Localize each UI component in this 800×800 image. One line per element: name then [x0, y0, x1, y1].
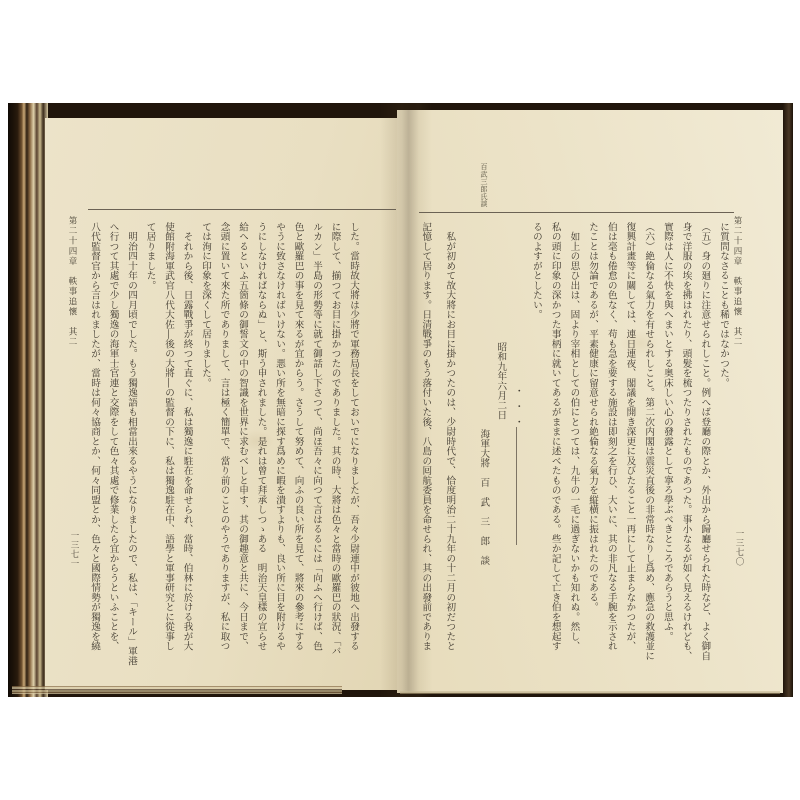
text-column: 身で洋服の埃を拂はれたり、頭髪を梳つたりされたものであつた。事小なるが如く見える…	[676, 222, 695, 668]
text-column: 明治四十年の四月頃でした。もう獨逸語も相當出來るやうになりましたので、私は、「キ…	[122, 222, 141, 668]
date-column: 昭和九年六月二日	[492, 222, 509, 668]
text-column: やうに致さなければいけない。悪い所を無暗に探す爲めに暇を潰すよりも、良い所に目を…	[270, 222, 289, 668]
text-column: て居りました。	[140, 222, 159, 668]
left-page-body: した。當時故大將は少將で軍務局長をしておいでになりましたが、吾々少尉連中が彼地へ…	[85, 222, 363, 668]
catch-title: 百武三郎氏談	[479, 163, 489, 207]
text-column: るのよすがとしたい。	[526, 222, 545, 668]
text-column: へ行つて其處で少し獨逸の海軍士官連と交際をして色々其處で修業したら宜からうといふ…	[103, 222, 122, 668]
chapter-header-right: 第二十四章 軼事追懷 其二	[731, 216, 743, 347]
header-rule-right	[419, 212, 734, 213]
text-column: 念頭に置いて來た所でありまして、言は極く簡單で、當り前のことのやうでありますが、…	[214, 222, 233, 668]
text-column: 給へるといふ五箇條の御誓文の中の智識を世界に求むべしと申す、其の御趣意と共に、今…	[233, 222, 252, 668]
text-column: （五）身の廻りに注意せられしこと。例へば登廳の際とか、外出から歸廳せられた時など…	[695, 222, 714, 668]
text-column: 八代監督官から言はれましたが、當時は何々協商とか、何々同盟とか、色々と國際情勢が…	[85, 222, 104, 668]
page-edge-stack	[8, 103, 48, 697]
text-column: に質問なさることも稀ではなかつた。	[713, 222, 732, 668]
text-column: ルカン」半島の形勢等に就て御話し下さつて、尚ほ吾々に向つて言はるるには「向ふへ行…	[307, 222, 326, 668]
bottom-page-shadow	[400, 691, 780, 694]
text-column: に際して、揃つてお目に掛かつたのでありました。其の時、大將は色々と當時の歐羅巴の…	[325, 222, 344, 668]
right-page-body: に質問なさることも稀ではなかつた。 （五）身の廻りに注意せられしこと。例へば登廳…	[413, 222, 732, 668]
right-page-edge	[783, 103, 793, 697]
separator-dots: ・・・	[509, 222, 526, 668]
header-rule-left	[88, 209, 396, 210]
text-column: 私が初めて故大將にお目に掛かつたのは、少尉時代で、恰度明治二十九年の十二月の初だ…	[437, 222, 461, 668]
text-column: 伯は毫も倦怠の色なく、苟も急を要する施設は即刻之を行ひ、大いに、其の非凡なる手腕…	[601, 222, 620, 668]
text-column: うにしなければならぬ」と、斯う申されました。是れは曾て拜承しつゝある 明治天皇樣…	[251, 222, 270, 668]
chapter-header-left: 第二十四章 軼事追懷 其二	[66, 216, 78, 347]
text-column: 實際は人に不快を與へまいとする奥床しい心の發露として寧ろ學ぶべきところであらうと…	[657, 222, 676, 668]
text-column: 使館附海軍武官八代大佐―後の大將―の監督の下に、私は獨逸駐在中、語學と軍事研究と…	[159, 222, 178, 668]
text-column: した。當時故大將は少將で軍務局長をしておいでになりましたが、吾々少尉連中が彼地へ…	[344, 222, 363, 668]
text-column: 復興計畫等に關しては、連日連夜、閣議を開き深更に及びたること一再にして止まらなか…	[620, 222, 639, 668]
text-column: 色と歐羅巴の事を見て來るが宜からう。さうして努めて、向ふの良い所を見て、將來の參…	[288, 222, 307, 668]
page-number-right: 一三七〇	[733, 529, 745, 566]
text-column: 私の頭に印象の深かつた事柄に就いてあるがままに述べたものである。些か記して亡き伯…	[545, 222, 564, 668]
screenshot: 第二十四章 軼事追懷 其二 第二十四章 軼事追懷 其二 一三七〇 一三七一 百武…	[0, 0, 800, 800]
signature-column: 海軍大將 百 武 三 郎 談	[475, 222, 492, 668]
bottom-page-edges	[12, 686, 342, 694]
text-column: 如上の思ひ出は、固より宰相としての伯にとつては、九牛の一毛に過ぎないかも知れぬ。…	[564, 222, 583, 668]
text-column: （六）絶倫なる氣力を有せられしこと。第二次内閣は震災直後の非常時なりし爲め、應急…	[638, 222, 657, 668]
text-column: それから後、日露戰爭が終つて直ぐに、私は獨逸に駐在を命せられ、當時、伯林に於ける…	[177, 222, 196, 668]
text-column: 記憶して居ります。日清戰爭のもう落付いた後、八島の囘航委員を命せられ、其の出發前…	[413, 222, 437, 668]
text-column: たことは勿論であるが、平素健康に留意せられ絶倫なる氣力を縦横に振はれたのである。	[582, 222, 601, 668]
text-column: ては洵に印象を深くして居りました。	[196, 222, 215, 668]
separator-line	[516, 427, 517, 545]
page-number-left: 一三七一	[68, 531, 80, 568]
